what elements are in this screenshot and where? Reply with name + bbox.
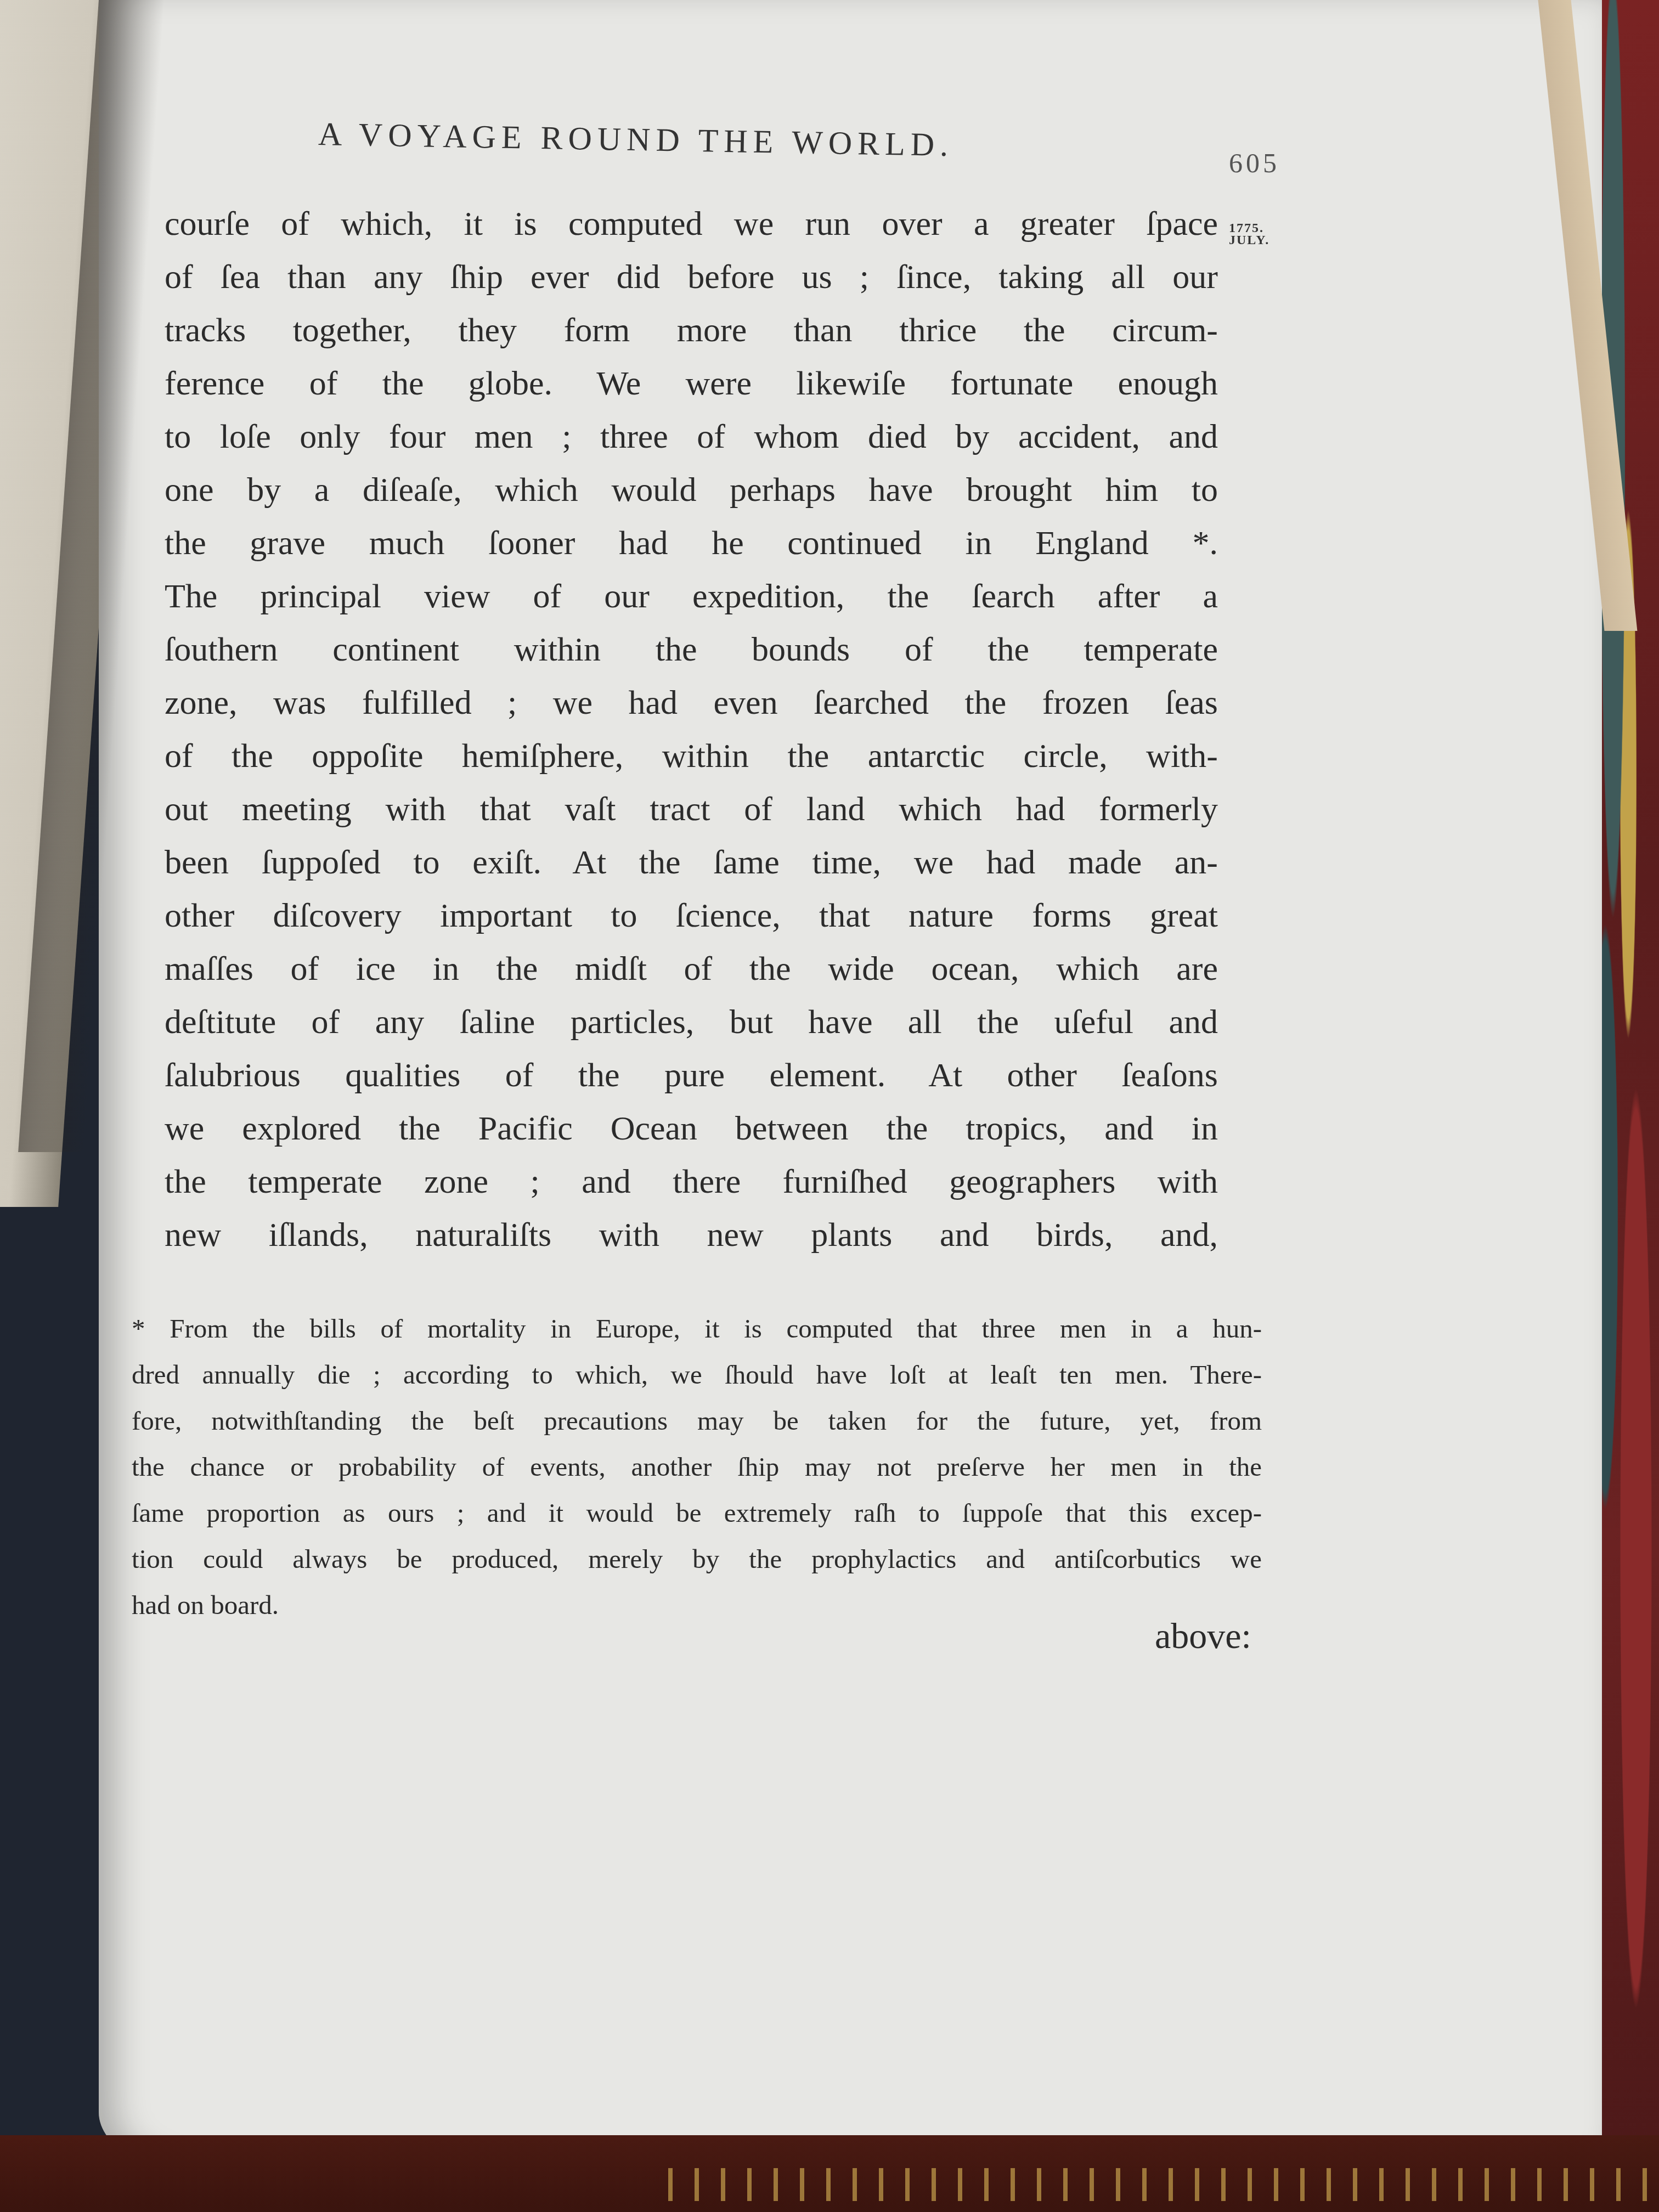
body-line: been ſuppoſed to exiſt. At the ſame time… bbox=[165, 836, 1218, 889]
page-number: 605 bbox=[1229, 147, 1280, 179]
footnote-line: * From the bills of mortality in Europe,… bbox=[132, 1306, 1262, 1352]
body-line: to loſe only four men ; three of whom di… bbox=[165, 410, 1218, 464]
body-line: maſſes of ice in the midſt of the wide o… bbox=[165, 943, 1218, 996]
body-line: of the oppoſite hemiſphere, within the a… bbox=[165, 730, 1218, 783]
footnote-line: the chance or probability of events, ano… bbox=[132, 1444, 1262, 1490]
footnote-line: dred annually die ; according to which, … bbox=[132, 1352, 1262, 1398]
book-photo-scene: A VOYAGE ROUND THE WORLD. 605 1775. JULY… bbox=[0, 0, 1659, 2212]
body-line: one by a diſeaſe, which would perhaps ha… bbox=[165, 464, 1218, 517]
footnote-line: fore, notwithſtanding the beſt precautio… bbox=[132, 1398, 1262, 1444]
footnote: * From the bills of mortality in Europe,… bbox=[132, 1306, 1262, 1628]
body-line: of ſea than any ſhip ever did before us … bbox=[165, 251, 1218, 304]
body-line: ſalubrious qualities of the pure element… bbox=[165, 1049, 1218, 1102]
catchword: above: bbox=[1155, 1616, 1251, 1657]
body-line: new iſlands, naturaliſts with new plants… bbox=[165, 1209, 1218, 1262]
body-line: deſtitute of any ſaline particles, but h… bbox=[165, 996, 1218, 1049]
body-line: tracks together, they form more than thr… bbox=[165, 304, 1218, 357]
margin-note-month: JULY. bbox=[1229, 234, 1269, 246]
margin-note-year: 1775. bbox=[1229, 222, 1269, 234]
margin-date-note: 1775. JULY. bbox=[1229, 222, 1269, 246]
footnote-line: had on board. bbox=[132, 1582, 1262, 1628]
body-line: ſouthern continent within the bounds of … bbox=[165, 623, 1218, 676]
leather-binding bbox=[0, 2135, 1659, 2212]
body-line: other diſcovery important to ſcience, th… bbox=[165, 889, 1218, 943]
body-line: out meeting with that vaſt tract of land… bbox=[165, 783, 1218, 836]
gilt-tooling bbox=[658, 2168, 1659, 2201]
footnote-line: tion could always be produced, merely by… bbox=[132, 1536, 1262, 1582]
body-line: courſe of which, it is computed we run o… bbox=[165, 198, 1218, 251]
body-line: zone, was fulfilled ; we had even ſearch… bbox=[165, 676, 1218, 730]
body-line: the temperate zone ; and there furniſhed… bbox=[165, 1155, 1218, 1209]
body-line: we explored the Pacific Ocean between th… bbox=[165, 1102, 1218, 1155]
body-line: The principal view of our expedition, th… bbox=[165, 570, 1218, 623]
body-line: ference of the globe. We were likewiſe f… bbox=[165, 357, 1218, 410]
body-line: the grave much ſooner had he continued i… bbox=[165, 517, 1218, 570]
body-text: courſe of which, it is computed we run o… bbox=[165, 198, 1218, 1262]
footnote-line: ſame proportion as ours ; and it would b… bbox=[132, 1490, 1262, 1536]
